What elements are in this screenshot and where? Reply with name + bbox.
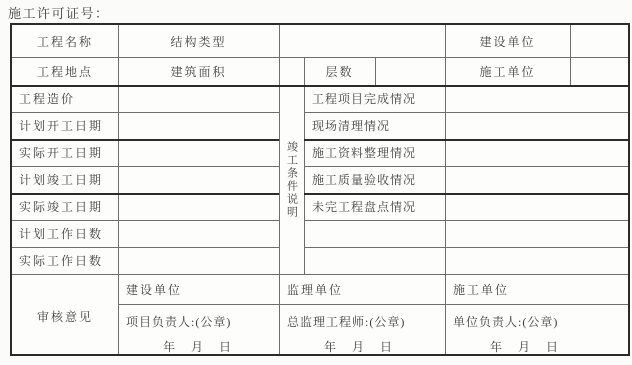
schedule-label-actual-completion-date: 实际竣工日期	[12, 193, 125, 220]
completion-report-table: 工程名称 结构类型 建设单位 工程地点 建筑面积 层数 施工单位 工程造价 计划…	[10, 23, 630, 356]
schedule-label-actual-work-days: 实际工作日数	[12, 247, 125, 274]
construction-org-label: 建设单位	[445, 25, 570, 57]
schedule-label-planned-work-days: 计划工作日数	[12, 220, 125, 247]
scanned-form-page: 施工许可证号： 工程名称 结构类型 建设单位 工程地点	[0, 0, 632, 365]
grid-line	[304, 220, 628, 221]
completion-label-project-finish-status: 工程项目完成情况	[304, 85, 453, 112]
review-unit-supervision-org: 监理单位	[279, 274, 453, 304]
form-title-permit-number: 施工许可证号：	[8, 3, 110, 22]
schedule-label-planned-start-date: 计划开工日期	[12, 112, 125, 139]
signer-label-project-leader-seal: 项目负责人:(公章)	[118, 304, 279, 330]
signature-block-contractor-org: 单位负责人:(公章) 年 月 日	[445, 304, 628, 354]
completion-label-unfinished-work-inventory-status: 未完工程盘点情况	[304, 193, 453, 220]
completion-conditions-strip-label: 竣工条件说明	[279, 85, 304, 274]
schedule-label-actual-start-date: 实际开工日期	[12, 139, 125, 166]
signer-label-chief-supervising-engineer-seal: 总监理工程师:(公章)	[279, 304, 445, 330]
floors-value-cell	[375, 57, 445, 85]
date-line-year-month-day: 年 月 日	[279, 330, 445, 355]
project-name-label: 工程名称	[12, 25, 118, 57]
completion-label-document-organizing-status: 施工资料整理情况	[304, 139, 453, 166]
signature-block-construction-org: 项目负责人:(公章) 年 月 日	[118, 304, 279, 354]
grid-line	[304, 247, 628, 248]
completion-label-quality-acceptance-status: 施工质量验收情况	[304, 166, 453, 193]
contractor-org-value-cell	[570, 57, 628, 85]
building-area-label: 建筑面积	[118, 57, 279, 85]
project-location-label: 工程地点	[12, 57, 118, 85]
signature-block-supervision-org: 总监理工程师:(公章) 年 月 日	[279, 304, 445, 354]
floors-label: 层数	[304, 57, 375, 85]
completion-label-site-cleanup-status: 现场清理情况	[304, 112, 453, 139]
construction-org-value-cell	[570, 25, 628, 57]
structure-type-label: 结构类型	[118, 25, 279, 57]
date-line-year-month-day: 年 月 日	[445, 330, 628, 355]
review-opinion-label: 审核意见	[12, 274, 118, 358]
schedule-label-project-cost: 工程造价	[12, 85, 125, 112]
structure-type-value-cell	[279, 25, 445, 57]
date-line-year-month-day: 年 月 日	[118, 330, 279, 355]
contractor-org-label: 施工单位	[445, 57, 570, 85]
review-unit-construction-org: 建设单位	[118, 274, 287, 304]
schedule-label-planned-completion-date: 计划竣工日期	[12, 166, 125, 193]
signer-label-unit-leader-seal: 单位负责人:(公章)	[445, 304, 628, 330]
review-unit-contractor-org: 施工单位	[445, 274, 632, 304]
